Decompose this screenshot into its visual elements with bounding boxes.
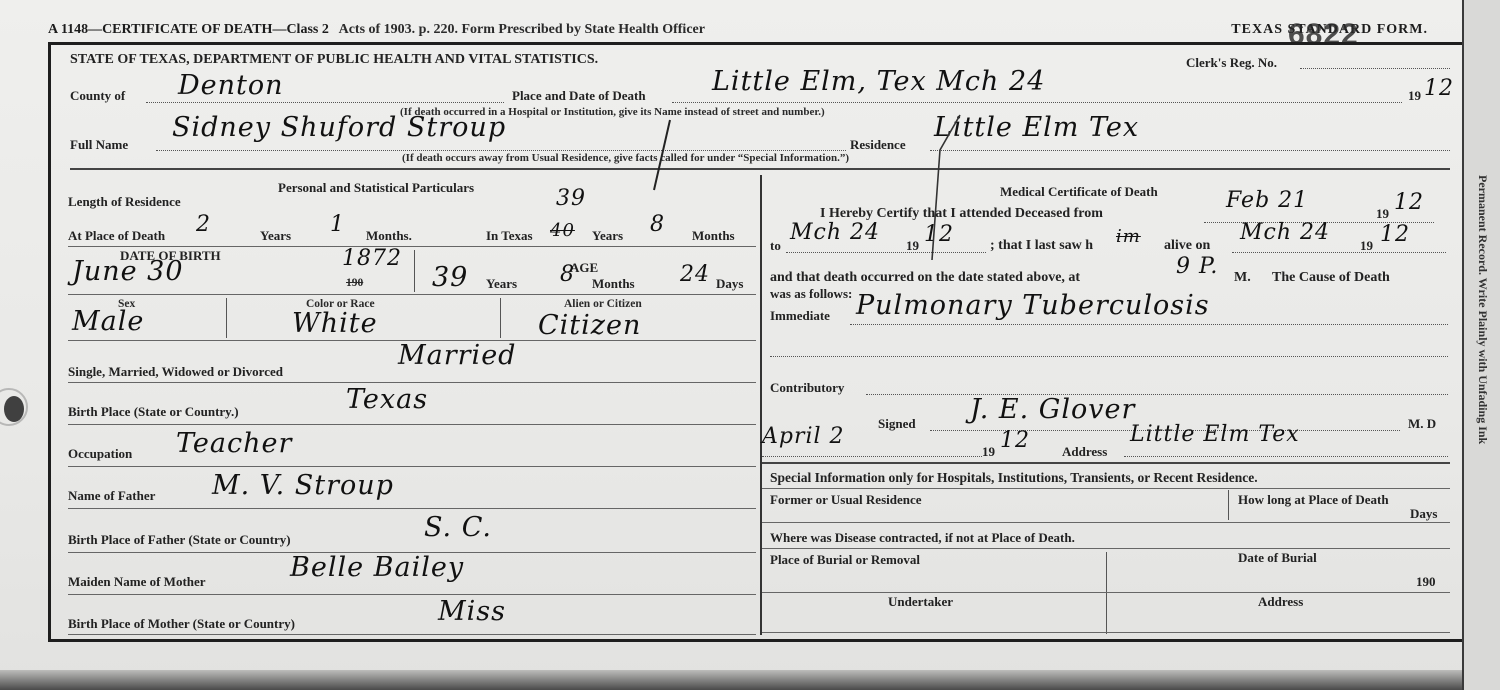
address-label: Address [1062, 444, 1107, 460]
special-divider [762, 522, 1450, 523]
burial-divider [1106, 552, 1107, 634]
age-years-label: Years [486, 276, 517, 292]
residence-months-value[interactable]: 1 [330, 212, 345, 237]
signed-year-prefix: 19 [982, 444, 995, 460]
department-title: STATE OF TEXAS, DEPARTMENT OF PUBLIC HEA… [70, 52, 598, 68]
place-date-value[interactable]: Little Elm, Tex Mch 24 [712, 66, 1045, 97]
signed-value[interactable]: J. E. Glover [970, 394, 1135, 425]
immediate-underline [850, 324, 1448, 325]
mother-birthplace-label: Birth Place of Mother (State or Country) [68, 616, 295, 632]
place-date-label: Place and Date of Death [512, 88, 646, 104]
months-dot-label: Months. [366, 228, 412, 244]
row-divider [68, 466, 756, 467]
former-howlong-divider [1228, 490, 1229, 520]
former-residence-label: Former or Usual Residence [770, 492, 922, 508]
undertaker-address-label: Address [1258, 594, 1303, 610]
how-long-days-label: Days [1410, 506, 1437, 522]
attended-from-year[interactable]: 12 [1394, 190, 1424, 215]
years-label-2: Years [592, 228, 623, 244]
at-place-of-death-label: At Place of Death [68, 228, 165, 244]
race-citizen-divider [500, 298, 501, 338]
row-divider [68, 594, 756, 595]
md-label: M. D [1408, 416, 1436, 432]
ink-instruction: Permanent Record. Write Plainly with Unf… [1470, 60, 1490, 560]
mother-label: Maiden Name of Mother [68, 574, 206, 590]
pen-stroke-decoration [640, 110, 980, 310]
disease-contracted-label: Where was Disease contracted, if not at … [770, 530, 1075, 546]
death-time-value[interactable]: 9 P. [1176, 254, 1218, 279]
signed-year[interactable]: 12 [1000, 428, 1030, 453]
last-saw-value[interactable]: im [1116, 226, 1141, 247]
signed-label: Signed [878, 416, 916, 432]
alive-on-value[interactable]: Mch 24 [1240, 220, 1330, 245]
row-divider [68, 382, 756, 383]
burial-year-prefix: 190 [1416, 574, 1436, 590]
years-label: Years [260, 228, 291, 244]
scan-edge-shadow [0, 670, 1462, 690]
alive-on-label: alive on [1164, 238, 1210, 254]
citizen-label: Alien or Citizen [564, 298, 642, 310]
form-id: A 1148—CERTIFICATE OF DEATH—Class 2 [48, 22, 329, 37]
clerk-reg-field[interactable] [1300, 68, 1450, 69]
county-label: County of [70, 88, 125, 104]
form-header-line: A 1148—CERTIFICATE OF DEATH—Class 2 Acts… [48, 22, 1468, 38]
contributory-label: Contributory [770, 380, 844, 396]
county-underline [146, 102, 504, 103]
medical-section-title: Medical Certificate of Death [1000, 184, 1158, 200]
father-birthplace-value[interactable]: S. C. [424, 512, 492, 543]
age-months-value[interactable]: 8 [560, 262, 575, 287]
special-divider [762, 488, 1450, 489]
signed-date-underline [762, 456, 982, 457]
marital-value[interactable]: Married [398, 340, 516, 371]
age-years-value[interactable]: 39 [432, 262, 468, 293]
special-divider [762, 592, 1450, 593]
dob-year-printed: 190 [346, 277, 363, 289]
form-acts: Acts of 1903. p. 220. Form Prescribed by… [339, 22, 705, 37]
burial-place-label: Place of Burial or Removal [770, 552, 920, 568]
burial-date-label: Date of Burial [1238, 550, 1317, 566]
attended-from-year-prefix: 19 [1376, 206, 1389, 222]
mother-value[interactable]: Belle Bailey [290, 552, 464, 583]
m-label: M. [1234, 270, 1251, 286]
place-date-underline [672, 102, 1402, 103]
race-value[interactable]: White [292, 308, 378, 339]
special-info-title: Special Information only for Hospitals, … [770, 470, 1258, 486]
dob-age-divider [414, 250, 415, 292]
full-name-value[interactable]: Sidney Shuford Stroup [172, 112, 506, 143]
undertaker-label: Undertaker [888, 594, 953, 610]
texas-years-struck: 40 [550, 220, 575, 241]
row-divider [68, 424, 756, 425]
contributory-underline[interactable] [866, 394, 1448, 395]
father-label: Name of Father [68, 488, 155, 504]
alive-on-year[interactable]: 12 [1380, 222, 1410, 247]
personal-section-title: Personal and Statistical Particulars [278, 180, 474, 196]
special-divider-top [762, 462, 1450, 464]
clerk-reg-label: Clerk's Reg. No. [1186, 55, 1277, 71]
death-year-prefix: 19 [1408, 88, 1421, 104]
age-months-label: Months [592, 276, 635, 292]
length-residence-label: Length of Residence [68, 194, 181, 210]
address-value[interactable]: Little Elm Tex [1130, 422, 1300, 447]
immediate-label: Immediate [770, 308, 830, 324]
cause-label: The Cause of Death [1272, 270, 1390, 286]
attended-from-value[interactable]: Feb 21 [1226, 188, 1308, 213]
citizen-value[interactable]: Citizen [538, 310, 641, 341]
birthplace-value[interactable]: Texas [346, 384, 428, 415]
signed-date-value[interactable]: April 2 [762, 424, 845, 449]
dob-value[interactable]: June 30 [72, 256, 184, 287]
special-divider-bottom [762, 632, 1450, 633]
sex-race-divider [226, 298, 227, 338]
how-long-label: How long at Place of Death [1238, 492, 1389, 508]
full-name-label: Full Name [70, 137, 128, 153]
alive-on-year-prefix: 19 [1360, 238, 1373, 254]
birthplace-label: Birth Place (State or Country.) [68, 404, 239, 420]
residence-years-value[interactable]: 2 [196, 212, 211, 237]
dob-year-value[interactable]: 1872 [342, 246, 402, 271]
address-underline [1124, 456, 1448, 457]
marital-label: Single, Married, Widowed or Divorced [68, 364, 283, 380]
row-divider [68, 508, 756, 509]
texas-years-value[interactable]: 39 [556, 186, 586, 211]
row-divider [68, 634, 756, 635]
county-value[interactable]: Denton [178, 70, 284, 101]
occupation-label: Occupation [68, 446, 132, 462]
residence-underline [930, 150, 1450, 151]
sex-value[interactable]: Male [72, 306, 144, 337]
father-birthplace-label: Birth Place of Father (State or Country) [68, 532, 291, 548]
special-divider [762, 548, 1450, 549]
immediate-line-2 [770, 356, 1448, 357]
father-value[interactable]: M. V. Stroup [212, 470, 394, 501]
death-year-value[interactable]: 12 [1424, 76, 1454, 101]
alive-on-underline [1232, 252, 1446, 253]
in-texas-label: In Texas [486, 228, 533, 244]
last-saw-text: ; that I last saw h [990, 238, 1093, 254]
occupation-value[interactable]: Teacher [176, 428, 292, 459]
mother-birthplace-value[interactable]: Miss [438, 596, 506, 627]
